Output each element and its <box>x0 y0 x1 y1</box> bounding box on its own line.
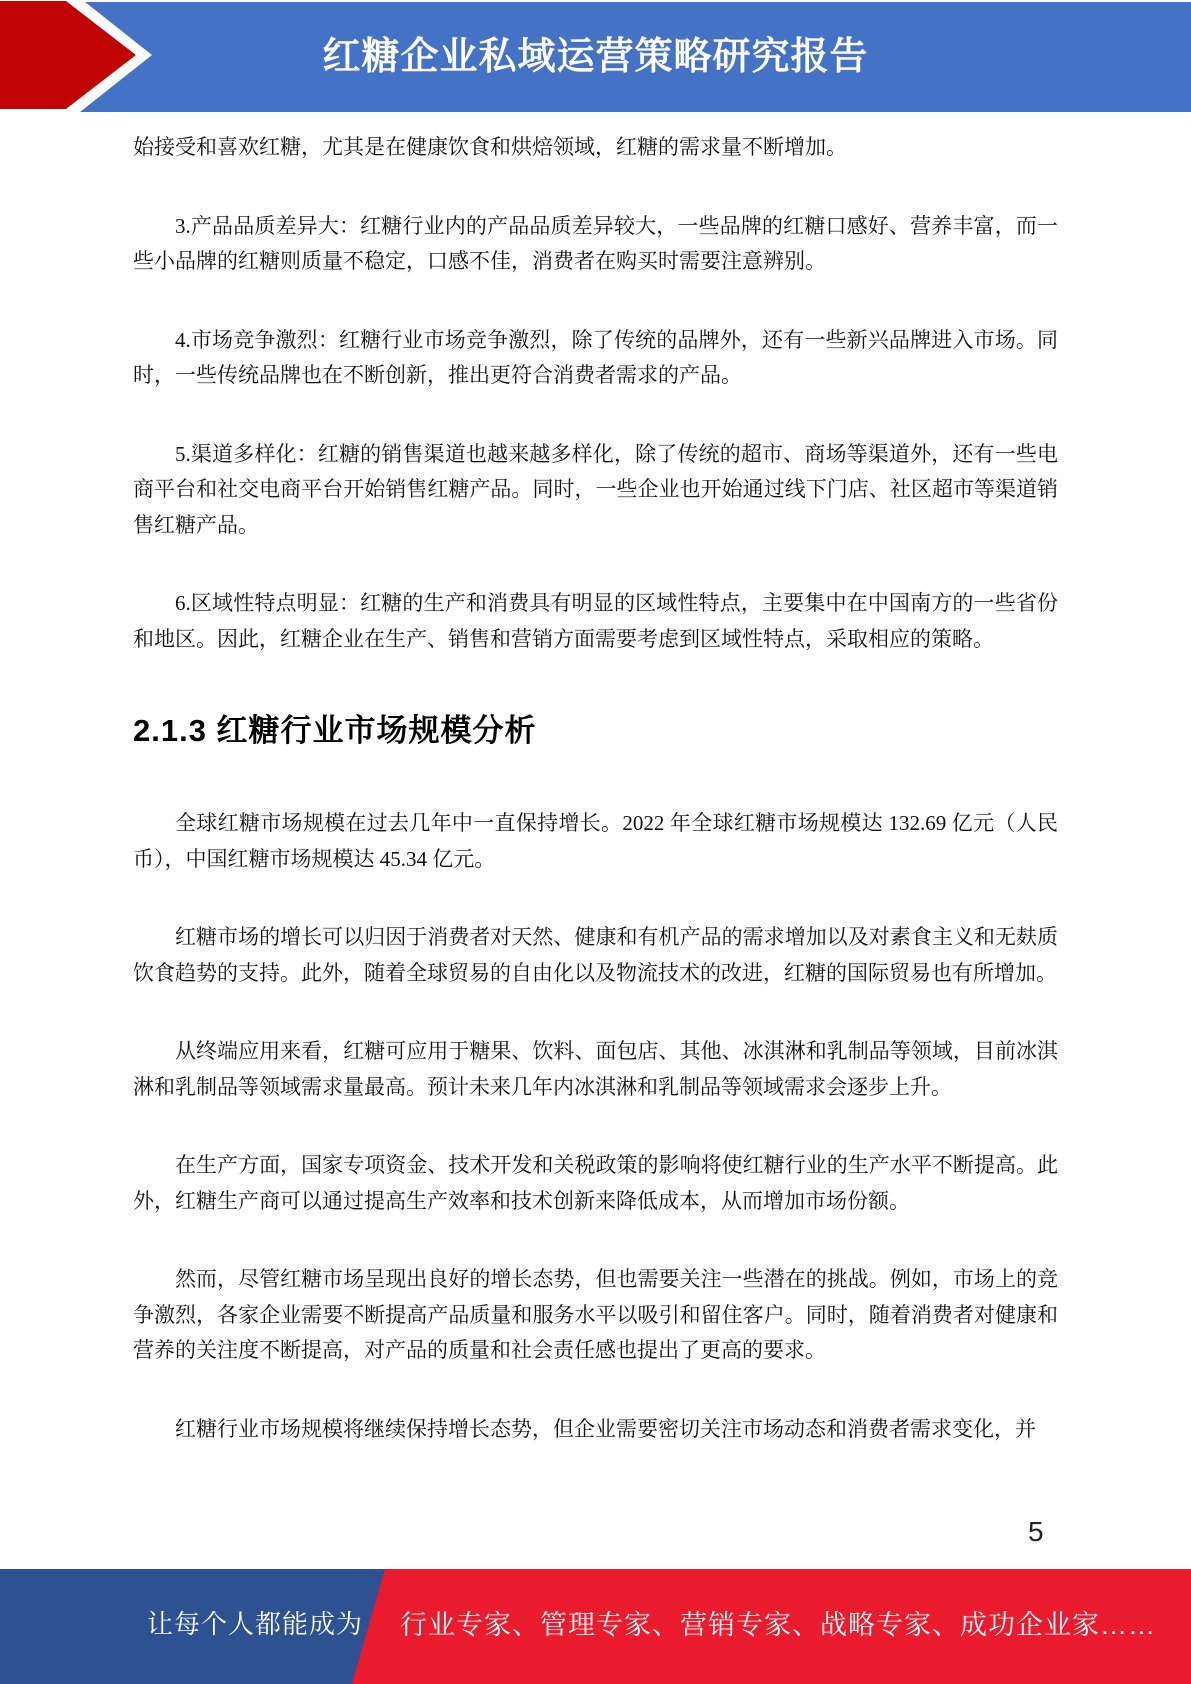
footer-slogan-right: 行业专家、管理专家、营销专家、战略专家、成功企业家…… <box>400 1569 1156 1676</box>
paragraph: 从终端应用来看，红糖可应用于糖果、饮料、面包店、其他、冰淇淋和乳制品等领域，目前… <box>133 1034 1058 1105</box>
paragraph: 红糖行业市场规模将继续保持增长态势，但企业需要密切关注市场动态和消费者需求变化，… <box>133 1412 1058 1448</box>
page-footer: 让每个人都能成为 行业专家、管理专家、营销专家、战略专家、成功企业家…… <box>0 1569 1191 1684</box>
paragraph: 6.区域性特点明显：红糖的生产和消费具有明显的区域性特点，主要集中在中国南方的一… <box>133 586 1058 657</box>
paragraph: 3.产品品质差异大：红糖行业内的产品品质差异较大，一些品牌的红糖口感好、营养丰富… <box>133 209 1058 280</box>
paragraph: 4.市场竞争激烈：红糖行业市场竞争激烈，除了传统的品牌外，还有一些新兴品牌进入市… <box>133 323 1058 394</box>
paragraph: 在生产方面，国家专项资金、技术开发和关税政策的影响将使红糖行业的生产水平不断提高… <box>133 1148 1058 1219</box>
document-body: 始接受和喜欢红糖，尤其是在健康饮食和烘焙领域，红糖的需求量不断增加。 3.产品品… <box>133 112 1058 1490</box>
paragraph: 5.渠道多样化：红糖的销售渠道也越来越多样化，除了传统的超市、商场等渠道外，还有… <box>133 437 1058 544</box>
report-page: 红糖企业私域运营策略研究报告 始接受和喜欢红糖，尤其是在健康饮食和烘焙领域，红糖… <box>0 0 1191 1684</box>
footer-slogan-left: 让每个人都能成为 <box>147 1569 363 1676</box>
paragraph: 全球红糖市场规模在过去几年中一直保持增长。2022 年全球红糖市场规模达 132… <box>133 806 1058 877</box>
report-title: 红糖企业私域运营策略研究报告 <box>0 2 1191 102</box>
paragraph: 然而，尽管红糖市场呈现出良好的增长态势，但也需要关注一些潜在的挑战。例如，市场上… <box>133 1262 1058 1369</box>
paragraph: 始接受和喜欢红糖，尤其是在健康饮食和烘焙领域，红糖的需求量不断增加。 <box>133 130 1058 166</box>
section-heading: 2.1.3 红糖行业市场规模分析 <box>133 710 1058 752</box>
paragraph: 红糖市场的增长可以归因于消费者对天然、健康和有机产品的需求增加以及对素食主义和无… <box>133 920 1058 991</box>
red-arrow-icon <box>0 0 160 112</box>
page-header: 红糖企业私域运营策略研究报告 <box>0 2 1191 112</box>
page-number: 5 <box>1028 1516 1044 1548</box>
